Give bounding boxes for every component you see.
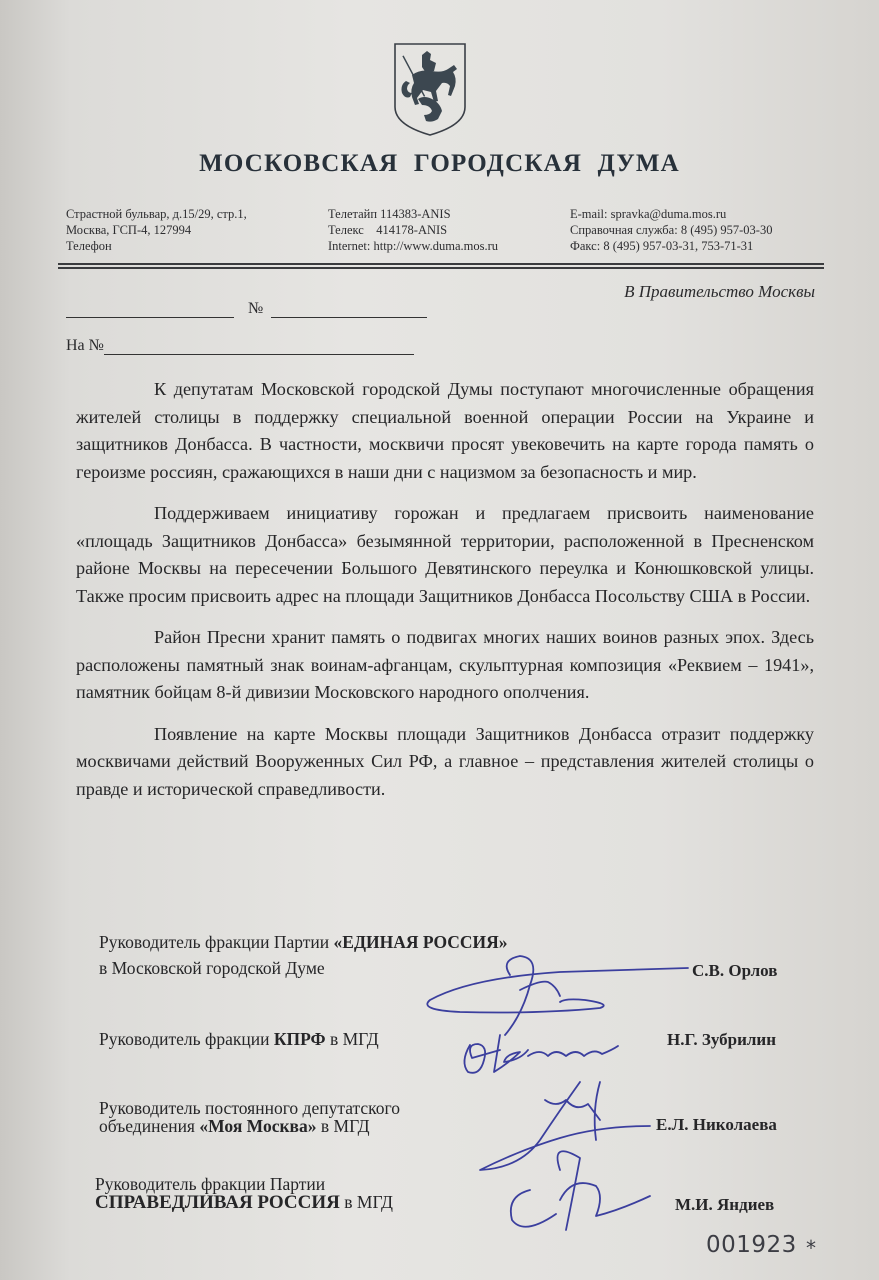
addressee: В Правительство Москвы — [624, 282, 815, 302]
signature-zubrilin-icon — [464, 1035, 618, 1073]
date-blank — [66, 301, 234, 318]
signatory-title-zubrilin: Руководитель фракции КПРФ в МГД — [99, 1029, 379, 1049]
serial-number: 001923 — [706, 1232, 797, 1258]
signatory-name: М.И. Яндиев — [675, 1195, 774, 1215]
contacts-email: E-mail: spravka@duma.mos.ru Справочная с… — [570, 206, 772, 254]
reply-number-blank — [104, 338, 414, 355]
group-name: «Моя Москва» — [199, 1116, 316, 1136]
title-text: Руководитель фракции — [99, 1029, 274, 1049]
signatory-title-nikolaeva: Руководитель постоянного депутатского об… — [99, 1099, 400, 1135]
address-line: Москва, ГСП-4, 127994 — [66, 222, 247, 238]
title-text: Руководитель фракции Партии — [95, 1175, 393, 1193]
email-line: E-mail: spravka@duma.mos.ru — [570, 206, 772, 222]
title-text: в МГД — [340, 1192, 393, 1212]
teletype-line: Телетайп 114383-ANIS — [328, 206, 498, 222]
organization-title: МОСКОВСКАЯ ГОРОДСКАЯ ДУМА — [0, 150, 879, 178]
paragraph: Район Пресни хранит память о подвигах мн… — [76, 624, 814, 707]
signatory-title-yandiev: Руководитель фракции Партии СПРАВЕДЛИВАЯ… — [95, 1175, 393, 1212]
number-sign: № — [248, 300, 263, 317]
signatory-name: С.В. Орлов — [692, 961, 777, 981]
paragraph: К депутатам Московской городской Думы по… — [76, 376, 814, 486]
paragraph: Появление на карте Москвы площади Защитн… — [76, 721, 814, 804]
title-text: в МГД — [326, 1029, 379, 1049]
phone-label: Телефон — [66, 238, 247, 254]
contacts-address: Страстной бульвар, д.15/29, стр.1, Москв… — [66, 206, 247, 254]
info-phone-line: Справочная служба: 8 (495) 957-03-30 — [570, 222, 772, 238]
letterhead-divider — [58, 263, 824, 269]
party-name: КПРФ — [274, 1029, 326, 1049]
signature-yandiev-icon — [511, 1151, 650, 1230]
contacts-telex: Телетайп 114383-ANIS Телекс 414178-ANIS … — [328, 206, 498, 254]
signatory-name: Н.Г. Зубрилин — [667, 1030, 776, 1050]
address-line: Страстной бульвар, д.15/29, стр.1, — [66, 206, 247, 222]
title-text: объединения — [99, 1116, 199, 1136]
number-blank — [271, 301, 427, 318]
title-text: в Московской городской Думе — [99, 958, 508, 978]
telex-line: Телекс 414178-ANIS — [328, 222, 498, 238]
signatory-title-orlov: Руководитель фракции Партии «ЕДИНАЯ РОСС… — [99, 932, 508, 978]
title-text: Руководитель фракции Партии — [99, 932, 334, 952]
letter-page: МОСКОВСКАЯ ГОРОДСКАЯ ДУМА Страстной буль… — [0, 0, 879, 1280]
reply-label: На № — [66, 337, 104, 354]
title-text: Руководитель постоянного депутатского — [99, 1099, 400, 1117]
moscow-coat-of-arms-icon — [392, 41, 468, 137]
asterisk-icon: * — [806, 1236, 816, 1260]
fax-line: Факс: 8 (495) 957-03-31, 753-71-31 — [570, 238, 772, 254]
party-name: «ЕДИНАЯ РОССИЯ» — [334, 932, 508, 952]
paragraph: Поддерживаем инициативу горожан и предла… — [76, 500, 814, 610]
title-text: в МГД — [317, 1116, 370, 1136]
reply-reference-line: На № — [66, 337, 414, 355]
letter-body: К депутатам Московской городской Думы по… — [76, 376, 814, 817]
registration-number-line: № — [66, 300, 427, 318]
signatory-name: Е.Л. Николаева — [656, 1115, 777, 1135]
party-name: СПРАВЕДЛИВАЯ РОССИЯ — [95, 1192, 340, 1213]
signature-nikolaeva-icon — [480, 1082, 650, 1170]
website-line: Internet: http://www.duma.mos.ru — [328, 238, 498, 254]
